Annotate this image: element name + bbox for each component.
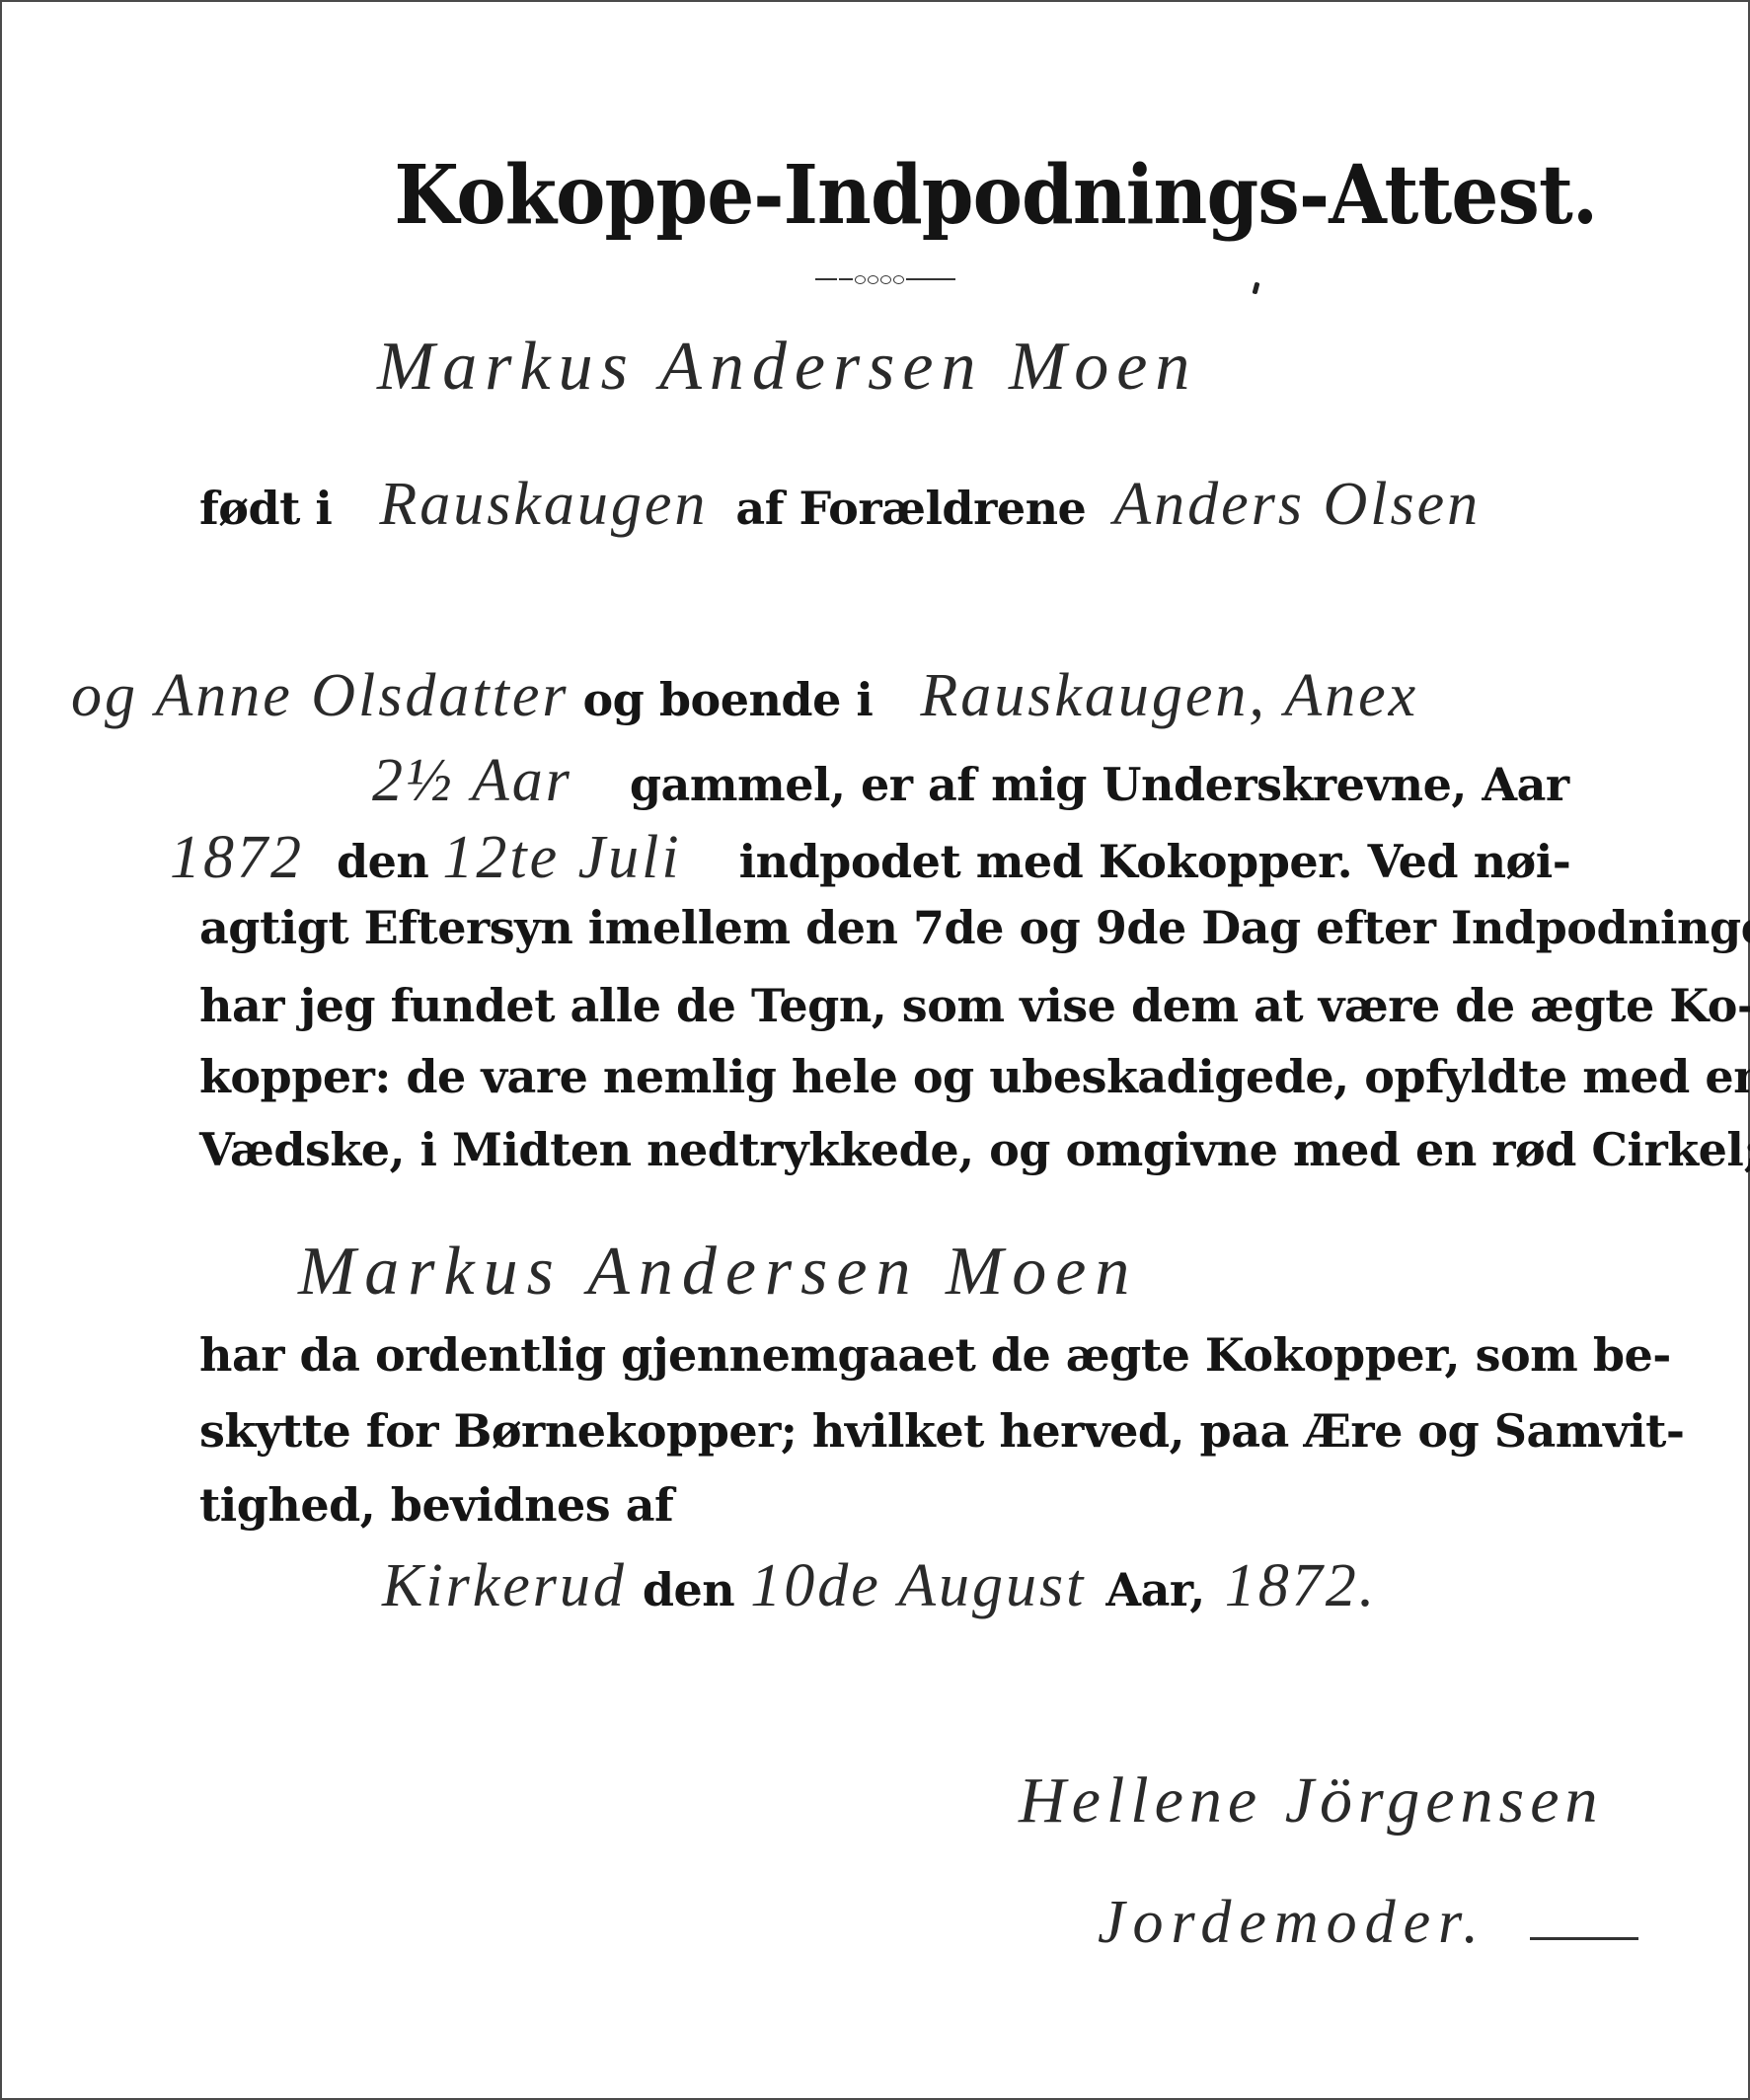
place-date-line: Kirkerud den 10de August Aar, 1872. [382,1555,1377,1616]
den-label: den [643,1567,734,1612]
ornament-dash [906,278,955,280]
ornament-loop [855,275,866,284]
mother-name-handwritten: og Anne Olsdatter [71,665,570,726]
certificate-page: Kokoppe-Indpodnings-Attest. Markus Ander… [0,0,1750,2100]
certificate-year-handwritten: 1872. [1225,1555,1378,1616]
age-handwritten: 2½ Aar [372,750,572,811]
vaccination-date-line: 1872 den 12te Juli indpodet med Kokopper… [170,827,1570,888]
signature-dash [1530,1937,1638,1940]
body-line: har jeg fundet alle de Tegn, som vise de… [199,983,1750,1028]
den-label: den [337,839,428,884]
age-line: 2½ Aar gammel, er af mig Underskrevne, A… [372,750,1569,811]
certificate-title: Kokoppe-Indpodnings-Attest. [394,148,1356,243]
signature-title: Jordemoder. [1098,1892,1486,1953]
year-label: Aar, [1105,1567,1204,1612]
place-handwritten: Kirkerud [382,1555,627,1616]
ornament-loop [880,275,891,284]
father-name-handwritten: Anders Olsen [1113,474,1481,535]
title-ornament-divider [797,274,974,284]
vaccination-day-handwritten: 12te Juli [442,827,681,888]
body-line: agtigt Eftersyn imellem den 7de og 9de D… [199,905,1750,950]
closing-line: skytte for Børnekopper; hvilket herved, … [199,1408,1685,1454]
parents-label: af Forældrene [735,486,1086,531]
signature-name: Hellene Jörgensen [1019,1768,1604,1834]
child-name-handwritten: Markus Andersen Moen [377,333,1197,402]
residing-label: og boende i [583,677,874,722]
residence-handwritten: Rauskaugen, Anex [920,665,1418,726]
certificate-date-handwritten: 10de August [750,1555,1086,1616]
body-line: kopper: de vare nemlig hele og ubeskadig… [199,1054,1750,1099]
ornament-dash [839,278,853,280]
ornament-loop [868,275,878,284]
parents-residence-line: og Anne Olsdatter og boende i Rauskaugen… [71,665,1418,726]
born-label: født i [199,486,332,531]
body-line: Vædske, i Midten nedtrykkede, og omgivne… [199,1127,1750,1172]
year-handwritten: 1872 [170,827,304,888]
ornament-dash [815,278,837,280]
child-name-handwritten-repeat: Markus Andersen Moen [298,1237,1138,1307]
closing-line: har da ordentlig gjennemgaaet de ægte Ko… [199,1332,1671,1378]
ornament-loop [893,275,904,284]
born-line: født i Rauskaugen af Forældrene Anders O… [199,474,1481,535]
signature-title-line: Jordemoder. [1098,1892,1638,1953]
age-text: gammel, er af mig Underskrevne, Aar [630,762,1569,807]
birthplace-handwritten: Rauskaugen [379,474,708,535]
vaccinated-text: indpodet med Kokopper. Ved nøi- [739,839,1571,884]
ink-speck [1253,282,1260,295]
closing-line: tighed, bevidnes af [199,1482,673,1528]
